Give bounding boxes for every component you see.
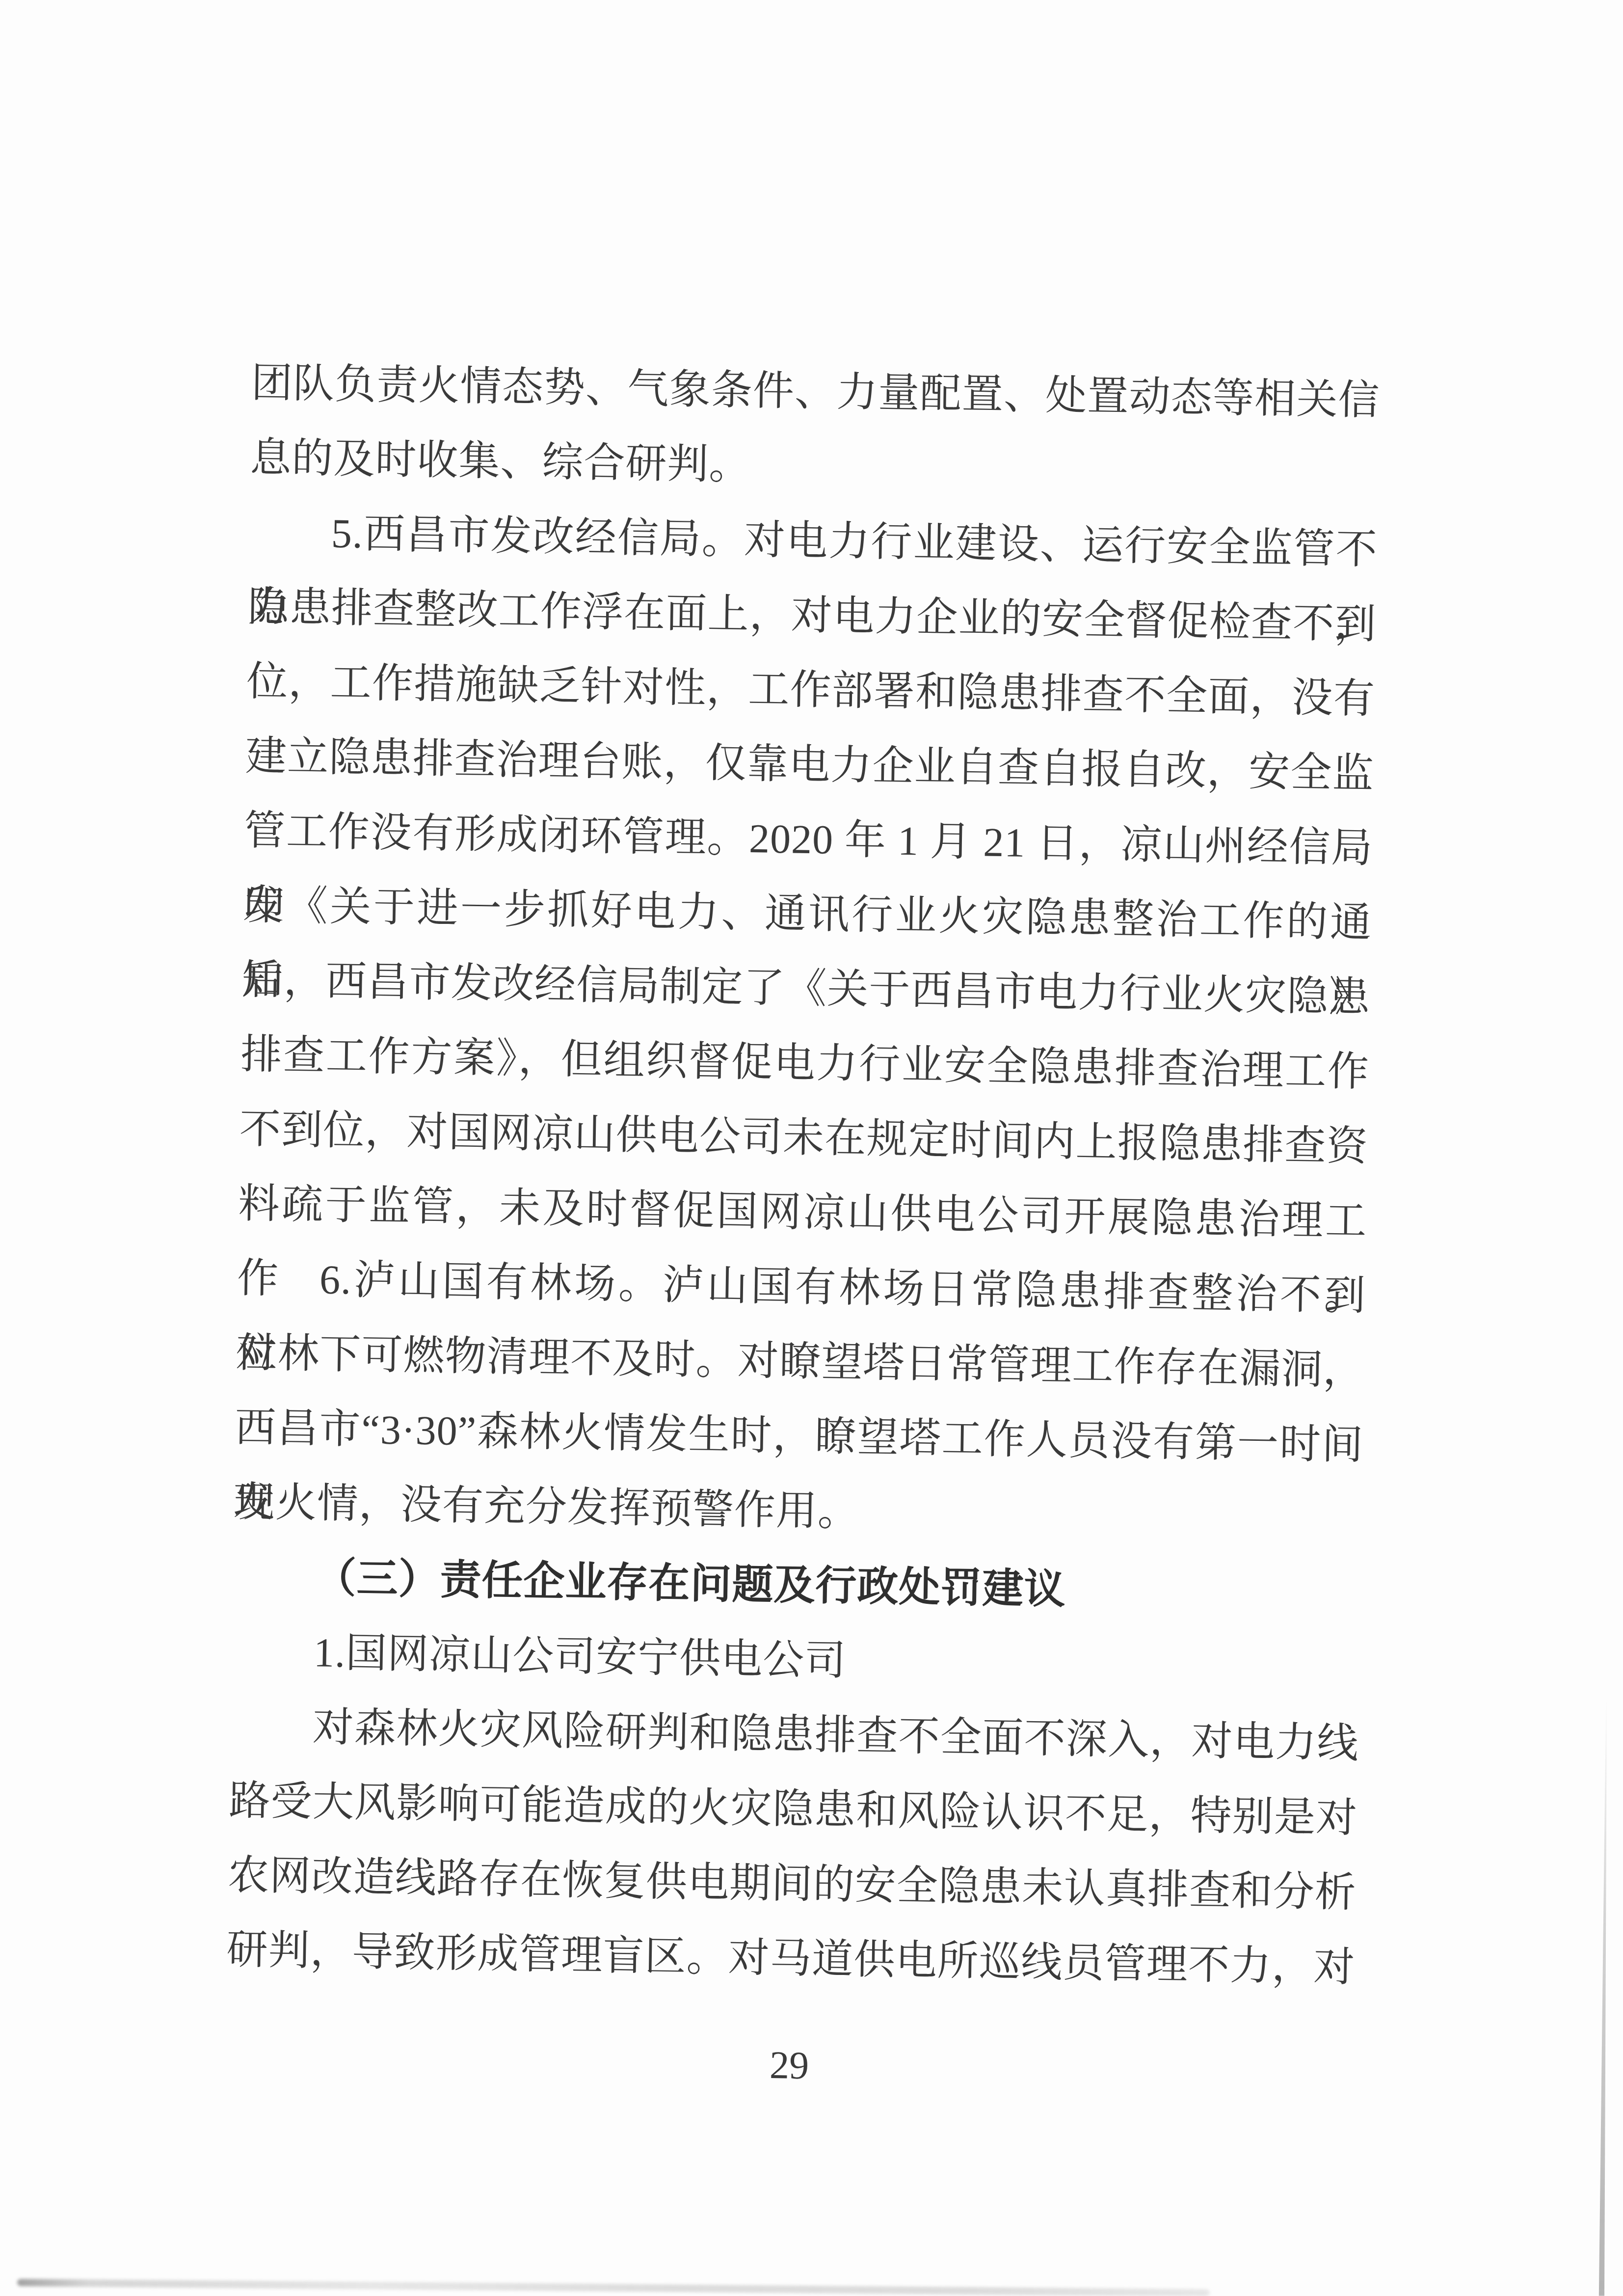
document-body: 团队负责火情态势、气象条件、力量配置、处置动态等相关信 息的及时收集、综合研判。… — [226, 346, 1380, 2005]
scan-line-right-edge — [1595, 1699, 1609, 2296]
page-number: 29 — [224, 2030, 1354, 2102]
document-page: 团队负责火情态势、气象条件、力量配置、处置动态等相关信 息的及时收集、综合研判。… — [0, 0, 1623, 2296]
scanned-text-block: 团队负责火情态势、气象条件、力量配置、处置动态等相关信 息的及时收集、综合研判。… — [226, 346, 1380, 2005]
scan-smudge-bottom — [17, 2279, 1210, 2296]
